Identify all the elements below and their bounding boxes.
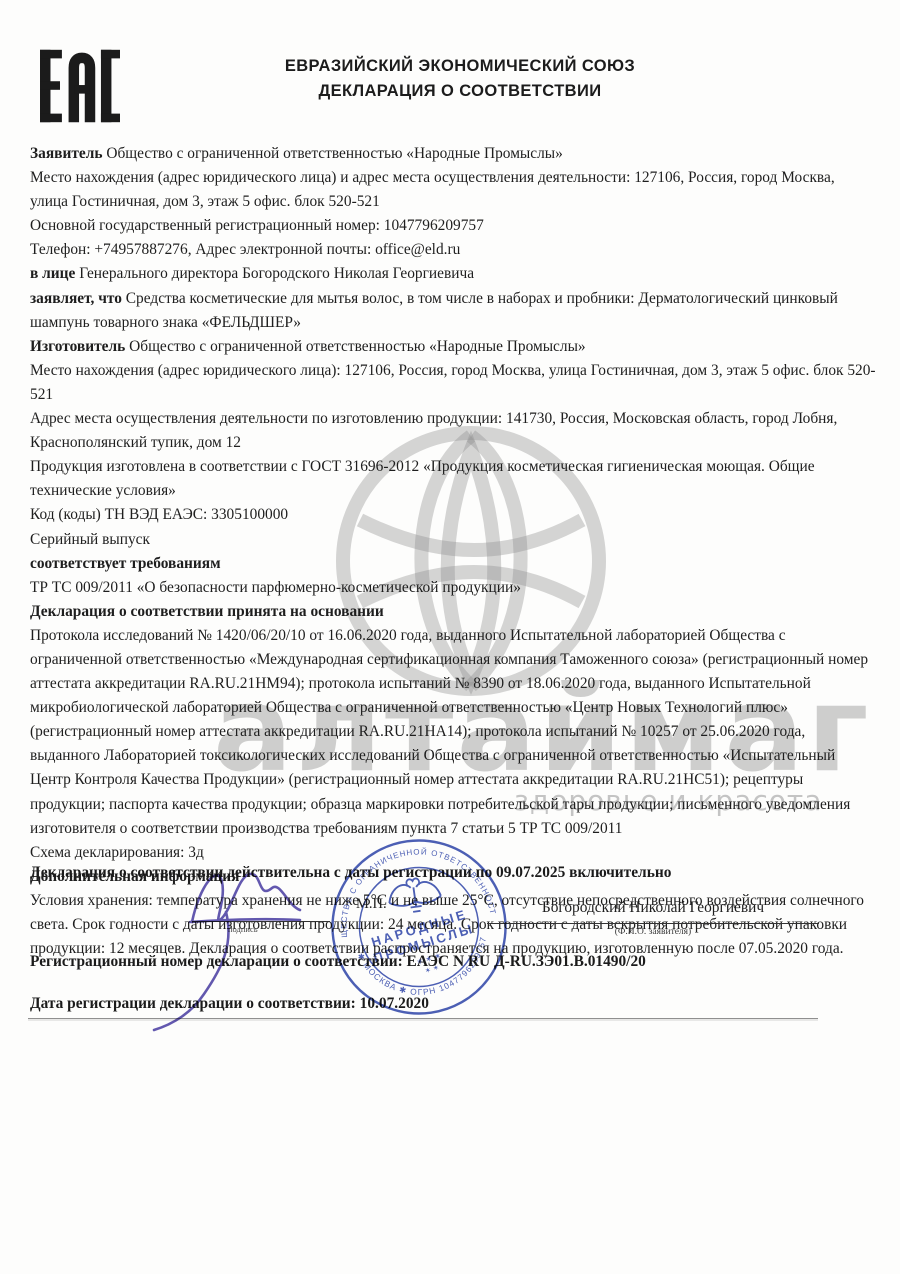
document-paragraph: Место нахождения (адрес юридического лиц… xyxy=(30,359,876,407)
declaration-document: ЕВРАЗИЙСКИЙ ЭКОНОМИЧЕСКИЙ СОЮЗ ДЕКЛАРАЦИ… xyxy=(0,0,900,1274)
handwritten-signature xyxy=(130,848,350,1048)
title-line-union: ЕВРАЗИЙСКИЙ ЭКОНОМИЧЕСКИЙ СОЮЗ xyxy=(140,54,780,79)
document-title: ЕВРАЗИЙСКИЙ ЭКОНОМИЧЕСКИЙ СОЮЗ ДЕКЛАРАЦИ… xyxy=(140,54,780,104)
document-paragraph: Серийный выпуск xyxy=(30,528,876,552)
paragraph-label: соответствует требованиям xyxy=(30,555,221,572)
paragraph-label: Изготовитель xyxy=(30,338,125,355)
paragraph-text: Общество с ограниченной ответственностью… xyxy=(103,145,563,162)
title-line-declaration: ДЕКЛАРАЦИЯ О СООТВЕТСТВИИ xyxy=(140,79,780,104)
paragraph-text: Генерального директора Богородского Нико… xyxy=(75,265,474,282)
document-paragraph: Адрес места осуществления деятельности п… xyxy=(30,407,876,455)
document-paragraph: заявляет, что Средства косметические для… xyxy=(30,287,876,335)
eac-logo xyxy=(40,48,120,124)
document-paragraph: Изготовитель Общество с ограниченной отв… xyxy=(30,335,876,359)
paragraph-text: ТР ТС 009/2011 «О безопасности парфюмерн… xyxy=(30,579,521,596)
paragraph-text: Протокола исследований № 1420/06/20/10 о… xyxy=(30,627,868,837)
document-paragraph: Место нахождения (адрес юридического лиц… xyxy=(30,166,876,214)
document-paragraph: ТР ТС 009/2011 «О безопасности парфюмерн… xyxy=(30,576,876,600)
paragraph-text: Адрес места осуществления деятельности п… xyxy=(30,410,837,451)
document-paragraph: Заявитель Общество с ограниченной ответс… xyxy=(30,142,876,166)
paragraph-text: Место нахождения (адрес юридического лиц… xyxy=(30,362,876,403)
paragraph-text: Продукция изготовлена в соответствии с Г… xyxy=(30,458,815,499)
paragraph-text: Телефон: +74957887276, Адрес электронной… xyxy=(30,241,460,258)
document-paragraph: Декларация о соответствии принята на осн… xyxy=(30,600,876,624)
paragraph-text: Основной государственный регистрационный… xyxy=(30,217,484,234)
paragraph-label: заявляет, что xyxy=(30,290,122,307)
stamp-eagle-icon xyxy=(386,875,442,915)
applicant-name-line xyxy=(487,923,819,924)
paragraph-text: Средства косметические для мытья волос, … xyxy=(30,290,838,331)
paragraph-label: в лице xyxy=(30,265,75,282)
paragraph-text: Серийный выпуск xyxy=(30,531,150,548)
document-paragraph: Протокола исследований № 1420/06/20/10 о… xyxy=(30,624,876,841)
document-paragraph: Телефон: +74957887276, Адрес электронной… xyxy=(30,238,876,262)
paragraph-text: Место нахождения (адрес юридического лиц… xyxy=(30,169,835,210)
paragraph-label: Заявитель xyxy=(30,145,103,162)
document-paragraph: Код (коды) ТН ВЭД ЕАЭС: 3305100000 xyxy=(30,503,876,527)
applicant-name: Богородский Николай Георгиевич xyxy=(487,899,819,917)
paragraph-text: Код (коды) ТН ВЭД ЕАЭС: 3305100000 xyxy=(30,506,288,523)
applicant-name-caption: (Ф.И.О. заявителя) xyxy=(487,927,819,937)
document-paragraph: Продукция изготовлена в соответствии с Г… xyxy=(30,455,876,503)
paragraph-label: Декларация о соответствии принята на осн… xyxy=(30,603,384,620)
document-paragraph: Основной государственный регистрационный… xyxy=(30,214,876,238)
paragraph-text: Общество с ограниченной ответственностью… xyxy=(125,338,585,355)
document-paragraph: соответствует требованиям xyxy=(30,552,876,576)
document-paragraph: в лице Генерального директора Богородско… xyxy=(30,262,876,286)
